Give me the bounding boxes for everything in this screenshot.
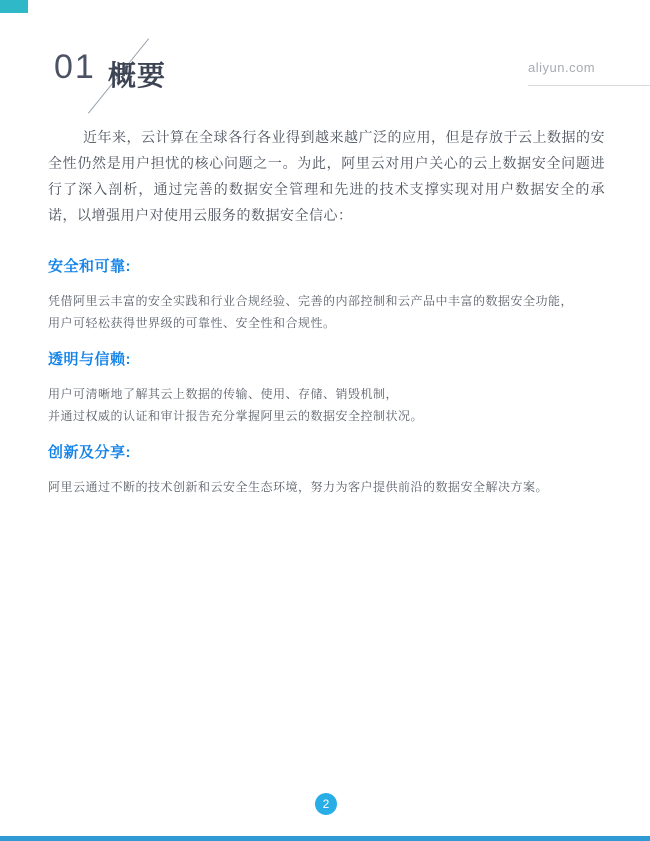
section-title: 安全和可靠: — [48, 258, 608, 276]
section-title: 透明与信赖: — [48, 351, 608, 369]
section-text-line: 凭借阿里云丰富的安全实践和行业合规经验、完善的内部控制和云产品中丰富的数据安全功… — [48, 290, 608, 312]
site-label: aliyun.com — [528, 60, 650, 86]
section-innovation-sharing: 创新及分享: 阿里云通过不断的技术创新和云安全生态环境，努力为客户提供前沿的数据… — [48, 444, 608, 498]
chapter-heading: 01 概要 — [54, 38, 274, 118]
section-transparent-trust: 透明与信赖: 用户可清晰地了解其云上数据的传输、使用、存储、销毁机制， 并通过权… — [48, 351, 608, 427]
section-text-line: 阿里云通过不断的技术创新和云安全生态环境，努力为客户提供前沿的数据安全解决方案。 — [48, 476, 608, 498]
section-title: 创新及分享: — [48, 444, 608, 462]
page-number-badge: 2 — [315, 793, 337, 815]
intro-paragraph: 近年来，云计算在全球各行各业得到越来越广泛的应用，但是存放于云上数据的安全性仍然… — [48, 124, 605, 228]
chapter-number: 01 — [54, 50, 96, 84]
section-safe-reliable: 安全和可靠: 凭借阿里云丰富的安全实践和行业合规经验、完善的内部控制和云产品中丰… — [48, 258, 608, 334]
corner-accent-square — [0, 0, 28, 13]
chapter-title: 概要 — [108, 62, 166, 90]
footer-accent-bar — [0, 836, 650, 841]
document-page: 01 概要 aliyun.com 近年来，云计算在全球各行各业得到越来越广泛的应… — [0, 0, 650, 841]
section-text-line: 并通过权威的认证和审计报告充分掌握阿里云的数据安全控制状况。 — [48, 405, 608, 427]
section-text-line: 用户可轻松获得世界级的可靠性、安全性和合规性。 — [48, 312, 608, 334]
sections-list: 安全和可靠: 凭借阿里云丰富的安全实践和行业合规经验、完善的内部控制和云产品中丰… — [48, 258, 608, 515]
section-text-line: 用户可清晰地了解其云上数据的传输、使用、存储、销毁机制， — [48, 383, 608, 405]
